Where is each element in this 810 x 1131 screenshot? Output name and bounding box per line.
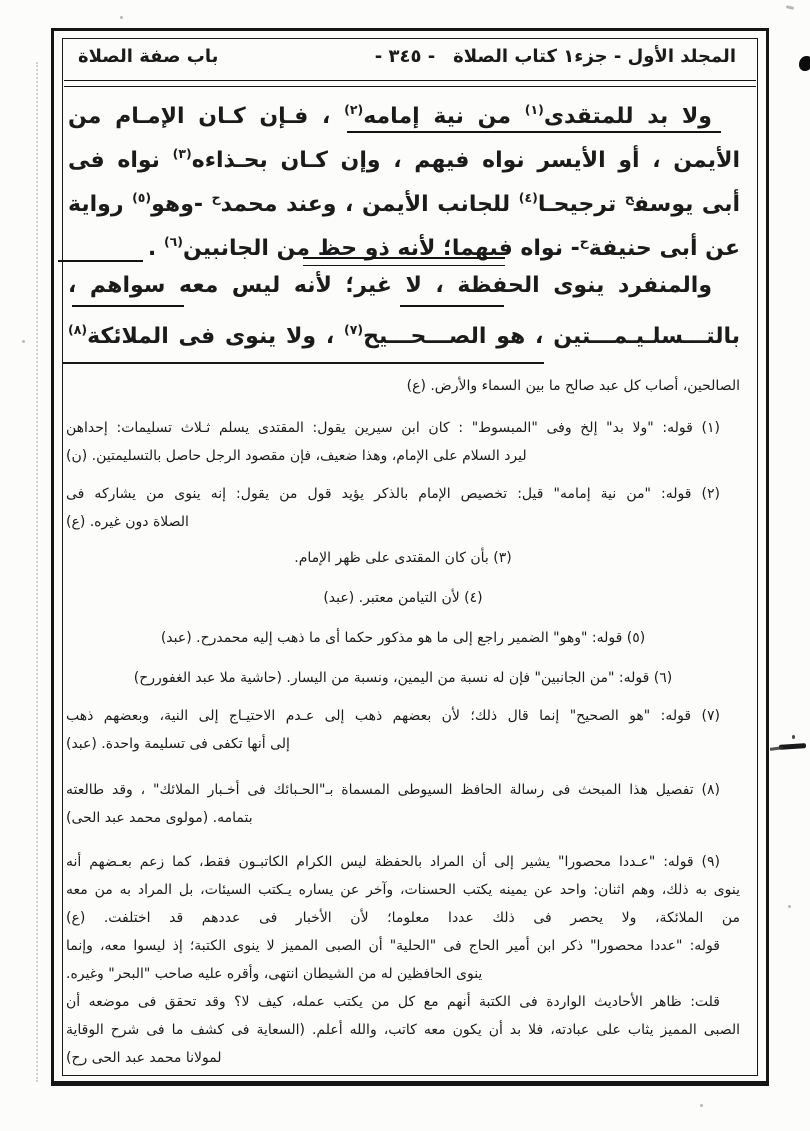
footnote-item: (١) قوله: "ولا بد" إلخ وفى "المبسوط" : ك… (66, 414, 740, 470)
footnote-marker: (٥) (132, 190, 151, 205)
footnote-marker: (٧) (344, 322, 363, 337)
footnote-line: من الملائكة، ولا يحصر فى ذلك عددا معلوما… (66, 904, 740, 932)
ink-speck (786, 5, 794, 10)
matn-underline (347, 131, 721, 133)
matn-line: أبى يوسفح ترجيحـا(٤) للجانب الأيمن ، وعن… (68, 176, 740, 220)
ink-speck (22, 340, 25, 343)
matn-underline-double (303, 257, 505, 266)
footnote-line: الصالحين، أصاب كل عبد صالح ما بين السماء… (66, 372, 740, 400)
footnote-item: (٣) بأن كان المقتدى على ظهر الإمام. (66, 544, 740, 572)
footnote-item: (٦) قوله: "من الجانبين" فإن له نسبة من ا… (66, 664, 740, 692)
footnote-line: (٥) قوله: "وهو" الضمير راجع إلى ما هو مذ… (66, 624, 740, 652)
ink-smudge (770, 746, 783, 751)
footnote-line: لمولانا محمد عبد الحى رح) (66, 1044, 740, 1072)
ink-speck (700, 1104, 703, 1107)
footnote-line: (٧) قوله: "هو الصحيح" إنما قال ذلك؛ لأن … (66, 702, 740, 730)
matn-underline (72, 305, 184, 307)
footnote-marker: (٦) (164, 234, 183, 249)
matn-line: والمنفرد ينوى الحفظة ، لا غير؛ لأنه ليس … (68, 264, 740, 308)
footnote-line: (٦) قوله: "من الجانبين" فإن له نسبة من ا… (66, 664, 740, 692)
footnote-line: (٣) بأن كان المقتدى على ظهر الإمام. (66, 544, 740, 572)
scan-fold-line (36, 62, 38, 1082)
footnote-marker: (٨) (68, 322, 87, 337)
matn-underline (58, 260, 143, 262)
footnote-line: ليرد السلام على الإمام، وهذا ضعيف، فإن م… (66, 442, 740, 470)
footnote-line: الصلاة دون غيره. (ع) (66, 508, 740, 536)
footnote-line: ينوى به ذلك، وهم اثنان: واحد عن يمينه يك… (66, 876, 740, 904)
footnote-separator-rule (62, 362, 544, 364)
matn-underline (400, 305, 504, 307)
header-divider-rule (64, 80, 756, 87)
footnote-item: (٢) قوله: "من نية إمامه" قيل: تخصيص الإم… (66, 480, 740, 536)
footnote-line: (٨) تفصيل هذا المبحث فى رسالة الحافظ الس… (66, 776, 740, 804)
footnote-marker: (٣) (173, 146, 192, 161)
footnote-item: (٧) قوله: "هو الصحيح" إنما قال ذلك؛ لأن … (66, 702, 740, 758)
footnote-marker: (٢) (344, 102, 363, 117)
footnote-marker: ح (580, 234, 589, 249)
footnote-marker: (٤) (519, 190, 538, 205)
footnote-line: قوله: "عددا محصورا" ذكر ابن أمير الحاج ف… (66, 932, 740, 960)
footnote-line: (٤) لأن التيامن معتبر. (عبد) (66, 584, 740, 612)
scanned-book-page: المجلد الأول - جزء١ كتاب الصلاة - ٣٤٥ - … (0, 0, 810, 1131)
footnote-marker: ح (625, 190, 634, 205)
header-chapter-title: باب صفة الصلاة (78, 46, 218, 67)
footnote-marker: ح (212, 190, 221, 205)
footnote-line: بتمامه. (مولوى محمد عبد الحى) (66, 804, 740, 832)
footnote-line: (٢) قوله: "من نية إمامه" قيل: تخصيص الإم… (66, 480, 740, 508)
footnote-item: (٥) قوله: "وهو" الضمير راجع إلى ما هو مذ… (66, 624, 740, 652)
ink-speck (120, 16, 123, 19)
footnote-item: (٨) تفصيل هذا المبحث فى رسالة الحافظ الس… (66, 776, 740, 832)
matn-line: الأيمن ، أو الأيسر نواه فيهم ، وإن كـان … (68, 132, 740, 176)
ink-speck (792, 735, 795, 739)
footnote-item: الصالحين، أصاب كل عبد صالح ما بين السماء… (66, 372, 740, 400)
matn-line: بالتـــسلـيـمـــتين ، هو الصـــحـــيح(٧)… (68, 308, 740, 352)
footnotes: الصالحين، أصاب كل عبد صالح ما بين السماء… (66, 372, 740, 1072)
footnote-item: (٩) قوله: "عـددا محصورا" يشير إلى أن الم… (66, 848, 740, 1072)
footnote-marker: (١) (525, 102, 544, 117)
footnote-line: إلى أنها تكفى فى تسليمة واحدة. (عبد) (66, 730, 740, 758)
matn-line: ولا بد للمتقدى(١) من نية إمامه(٢) ، فـإن… (68, 88, 740, 132)
footnote-item: (٤) لأن التيامن معتبر. (عبد) (66, 584, 740, 612)
footnote-line: قلت: ظاهر الأحاديث الواردة فى الكتبة أنه… (66, 988, 740, 1016)
footnote-line: الصبى المميز يثاب على عبادته، فلا بد أن … (66, 1016, 740, 1044)
footnote-line: (٩) قوله: "عـددا محصورا" يشير إلى أن الم… (66, 848, 740, 876)
ink-speck (788, 905, 791, 908)
footnote-line: ينوى الحافظين له من الشيطان انتهى، وأقره… (66, 960, 740, 988)
matn: ولا بد للمتقدى(١) من نية إمامه(٢) ، فـإن… (68, 88, 740, 352)
footnote-line: (١) قوله: "ولا بد" إلخ وفى "المبسوط" : ك… (66, 414, 740, 442)
